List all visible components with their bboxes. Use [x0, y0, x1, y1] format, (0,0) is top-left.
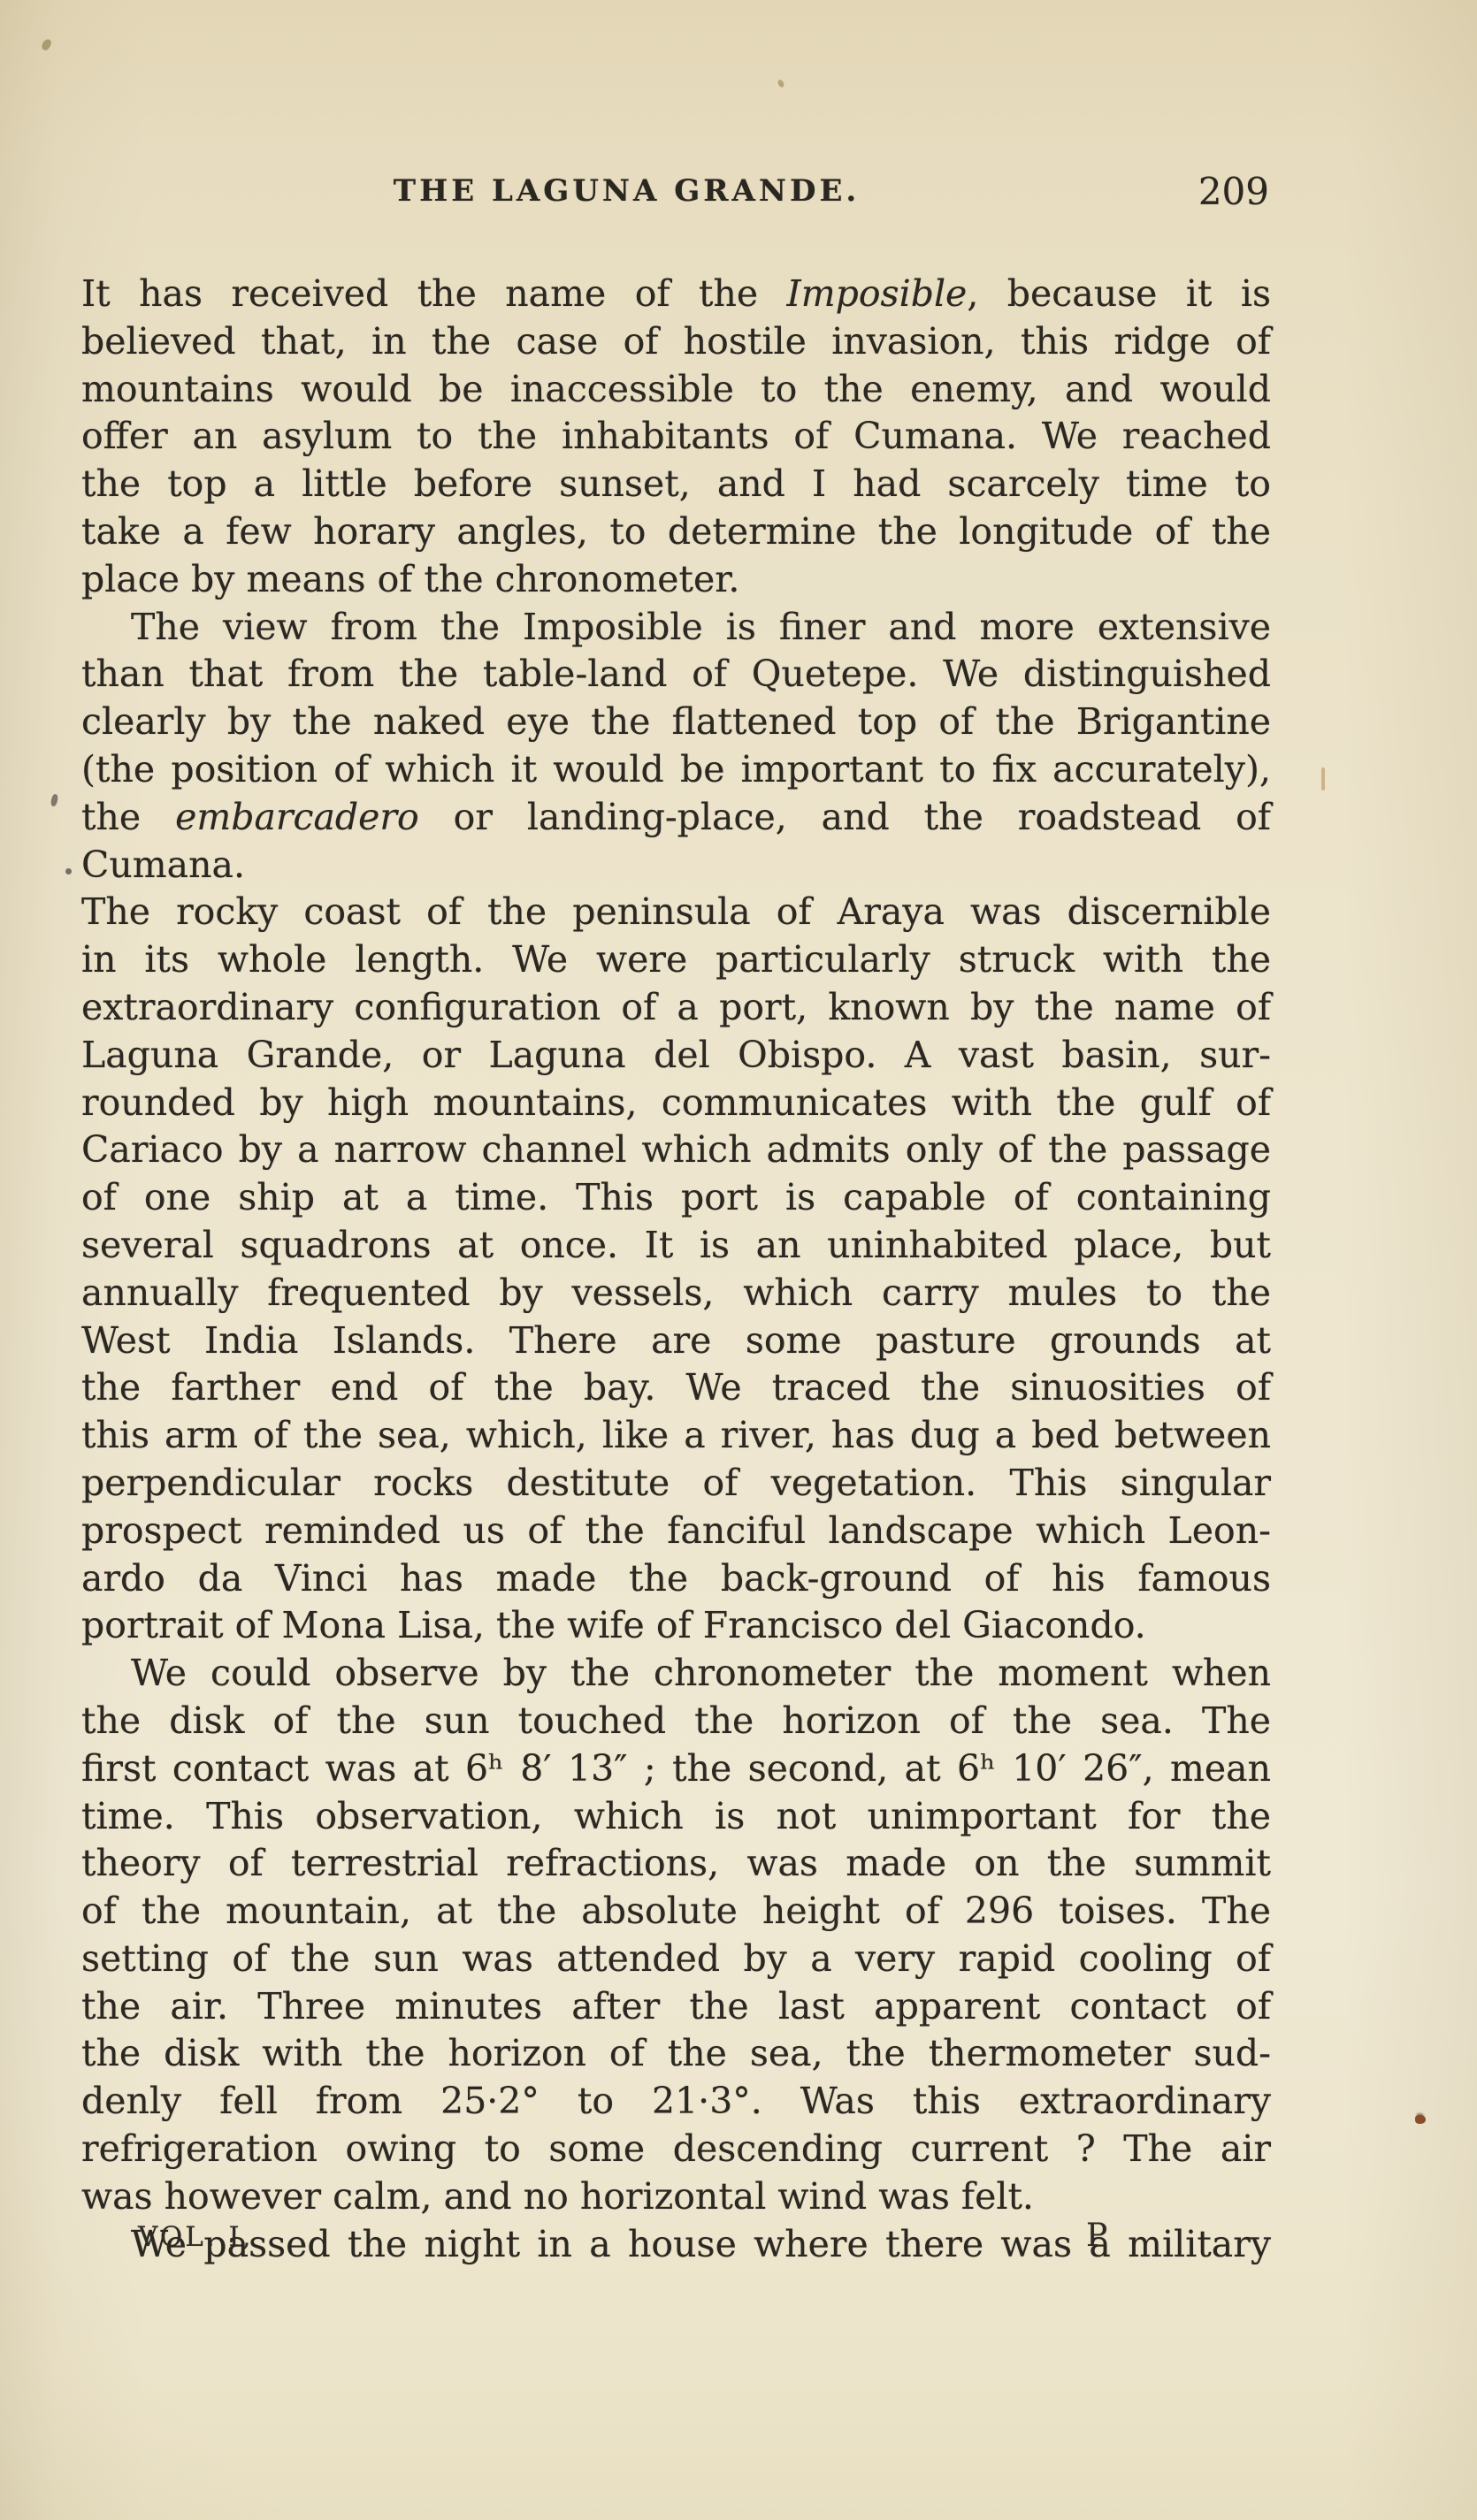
text-line: the air. Three minutes after the last ap…	[81, 1983, 1271, 2031]
text-line: was however calm, and no horizontal wind…	[81, 2173, 1271, 2221]
page-number: 209	[1198, 170, 1269, 213]
text-line: the disk of the sun touched the horizon …	[81, 1698, 1271, 1745]
paper-speck	[41, 38, 53, 52]
text-line: The view from the Imposible is finer and…	[81, 604, 1271, 652]
text-line: refrigeration owing to some descending c…	[81, 2126, 1271, 2173]
text-line: Cariaco by a narrow channel which admits…	[81, 1126, 1271, 1174]
text-line: the embarcadero or landing-place, and th…	[81, 794, 1271, 890]
text-line: mountains would be inaccessible to the e…	[81, 366, 1271, 414]
text-line: than that from the table-land of Quetepe…	[81, 651, 1271, 699]
text-line: ardo da Vinci has made the back-ground o…	[81, 1555, 1271, 1603]
text-line: in its whole length. We were particularl…	[81, 936, 1271, 984]
text-line: Laguna Grande, or Laguna del Obispo. A v…	[81, 1032, 1271, 1080]
text-line: denly fell from 25·2° to 21·3°. Was this…	[81, 2078, 1271, 2126]
text-line: extraordinary configuration of a port, k…	[81, 984, 1271, 1032]
running-header: THE LAGUNA GRANDE. 209	[81, 173, 1271, 226]
text-line: theory of terrestrial refractions, was m…	[81, 1840, 1271, 1888]
text-line: first contact was at 6ʰ 8′ 13″ ; the sec…	[81, 1745, 1271, 1793]
running-header-title: THE LAGUNA GRANDE.	[81, 173, 1172, 209]
text-line: (the position of which it would be impor…	[81, 746, 1271, 794]
text-line: this arm of the sea, which, like a river…	[81, 1412, 1271, 1460]
text-line: several squadrons at once. It is an unin…	[81, 1222, 1271, 1270]
text-line: the farther end of the bay. We traced th…	[81, 1364, 1271, 1412]
text-line: setting of the sun was attended by a ver…	[81, 1936, 1271, 1983]
text-line: prospect reminded us of the fanciful lan…	[81, 1508, 1271, 1555]
volume-label: VOL. I,	[138, 2221, 254, 2253]
ink-artifact	[50, 793, 59, 806]
text-line: portrait of Mona Lisa, the wife of Franc…	[81, 1602, 1271, 1650]
text-line: take a few horary angles, to determine t…	[81, 508, 1271, 556]
text-line: We could observe by the chronometer the …	[81, 1650, 1271, 1698]
text-line: of the mountain, at the absolute height …	[81, 1888, 1271, 1936]
text-line: The rocky coast of the peninsula of Aray…	[81, 889, 1271, 936]
printer-signature-mark: P	[1086, 2218, 1107, 2254]
text-line: clearly by the naked eye the flattened t…	[81, 699, 1271, 746]
text-line: the disk with the horizon of the sea, th…	[81, 2030, 1271, 2078]
scanned-book-page: THE LAGUNA GRANDE. 209 It has received t…	[0, 0, 1477, 2520]
text-line: perpendicular rocks destitute of vegetat…	[81, 1460, 1271, 1508]
page-footer: VOL. I, P	[81, 2216, 1271, 2269]
paper-speck	[777, 79, 785, 88]
text-line: West India Islands. There are some pastu…	[81, 1317, 1271, 1365]
text-line: place by means of the chronometer.	[81, 556, 1271, 604]
text-line: the top a little before sunset, and I ha…	[81, 461, 1271, 508]
text-line: of one ship at a time. This port is capa…	[81, 1174, 1271, 1222]
text-line: time. This observation, which is not uni…	[81, 1793, 1271, 1841]
text-line: annually frequented by vessels, which ca…	[81, 1270, 1271, 1317]
paper-speck	[1321, 767, 1325, 790]
ink-artifact	[65, 868, 72, 874]
text-line: It has received the name of the Imposibl…	[81, 271, 1271, 318]
text-line: believed that, in the case of hostile in…	[81, 318, 1271, 366]
text-line: rounded by high mountains, communicates …	[81, 1080, 1271, 1127]
page-body-text: It has received the name of the Imposibl…	[81, 271, 1271, 2268]
paper-speck	[1415, 2115, 1426, 2124]
text-line: offer an asylum to the inhabitants of Cu…	[81, 413, 1271, 461]
